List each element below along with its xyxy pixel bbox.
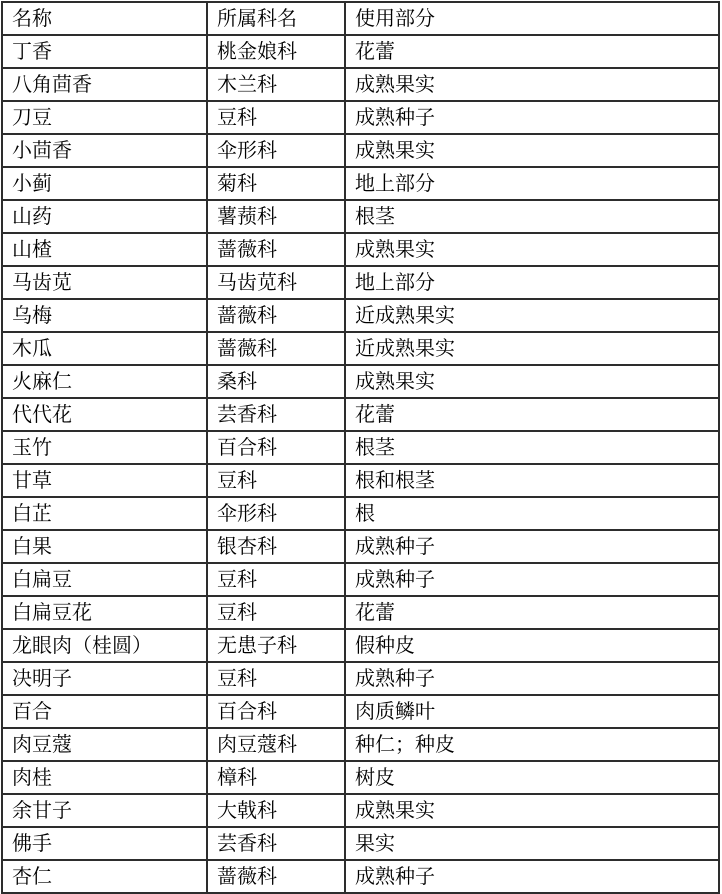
table-cell-family: 豆科 bbox=[207, 596, 345, 629]
table-cell-used-part: 根茎 bbox=[345, 200, 719, 233]
table-row: 佛手芸香科果实 bbox=[2, 827, 719, 860]
table-cell-family: 桃金娘科 bbox=[207, 35, 345, 68]
table-row: 甘草豆科根和根茎 bbox=[2, 464, 719, 497]
table-cell-name: 乌梅 bbox=[2, 299, 207, 332]
table-row: 肉桂樟科树皮 bbox=[2, 761, 719, 794]
table-cell-used-part: 果实 bbox=[345, 827, 719, 860]
table-row: 白果银杏科成熟种子 bbox=[2, 530, 719, 563]
table-cell-family: 菊科 bbox=[207, 167, 345, 200]
table-cell-used-part: 根和根茎 bbox=[345, 464, 719, 497]
table-row: 龙眼肉（桂圆）无患子科假种皮 bbox=[2, 629, 719, 662]
table-cell-used-part: 种仁；种皮 bbox=[345, 728, 719, 761]
table-cell-used-part: 成熟种子 bbox=[345, 662, 719, 695]
table-row: 小茴香伞形科成熟果实 bbox=[2, 134, 719, 167]
table-cell-family: 蔷薇科 bbox=[207, 233, 345, 266]
table-cell-used-part: 近成熟果实 bbox=[345, 332, 719, 365]
table-cell-family: 桑科 bbox=[207, 365, 345, 398]
table-header-row: 名称 所属科名 使用部分 bbox=[2, 2, 719, 35]
table-cell-family: 豆科 bbox=[207, 101, 345, 134]
table-cell-name: 龙眼肉（桂圆） bbox=[2, 629, 207, 662]
table-cell-family: 百合科 bbox=[207, 695, 345, 728]
table-cell-name: 刀豆 bbox=[2, 101, 207, 134]
table-cell-family: 马齿苋科 bbox=[207, 266, 345, 299]
table-row: 马齿苋马齿苋科地上部分 bbox=[2, 266, 719, 299]
table-cell-used-part: 成熟种子 bbox=[345, 530, 719, 563]
table-row: 小蓟菊科地上部分 bbox=[2, 167, 719, 200]
table-cell-family: 伞形科 bbox=[207, 134, 345, 167]
table-cell-used-part: 成熟种子 bbox=[345, 860, 719, 893]
table-cell-family: 豆科 bbox=[207, 662, 345, 695]
table-cell-name: 火麻仁 bbox=[2, 365, 207, 398]
table-cell-family: 蔷薇科 bbox=[207, 332, 345, 365]
table-cell-used-part: 成熟果实 bbox=[345, 233, 719, 266]
table-cell-name: 白果 bbox=[2, 530, 207, 563]
table-cell-used-part: 花蕾 bbox=[345, 596, 719, 629]
column-header-used-part: 使用部分 bbox=[345, 2, 719, 35]
table-row: 百合百合科肉质鳞叶 bbox=[2, 695, 719, 728]
table-cell-name: 决明子 bbox=[2, 662, 207, 695]
table-cell-family: 无患子科 bbox=[207, 629, 345, 662]
column-header-name: 名称 bbox=[2, 2, 207, 35]
table-cell-name: 玉竹 bbox=[2, 431, 207, 464]
table-cell-used-part: 肉质鳞叶 bbox=[345, 695, 719, 728]
table-cell-name: 小茴香 bbox=[2, 134, 207, 167]
table-cell-used-part: 根茎 bbox=[345, 431, 719, 464]
table-cell-used-part: 近成熟果实 bbox=[345, 299, 719, 332]
table-cell-name: 山药 bbox=[2, 200, 207, 233]
table-cell-family: 芸香科 bbox=[207, 398, 345, 431]
table-row: 山药薯蓣科根茎 bbox=[2, 200, 719, 233]
table-cell-name: 杏仁 bbox=[2, 860, 207, 893]
table-cell-used-part: 成熟种子 bbox=[345, 101, 719, 134]
table-row: 决明子豆科成熟种子 bbox=[2, 662, 719, 695]
table-cell-family: 伞形科 bbox=[207, 497, 345, 530]
table-cell-used-part: 成熟果实 bbox=[345, 365, 719, 398]
table-cell-used-part: 根 bbox=[345, 497, 719, 530]
table-cell-name: 代代花 bbox=[2, 398, 207, 431]
table-cell-family: 蔷薇科 bbox=[207, 860, 345, 893]
table-cell-name: 白扁豆 bbox=[2, 563, 207, 596]
table-row: 肉豆蔻肉豆蔻科种仁；种皮 bbox=[2, 728, 719, 761]
table-cell-name: 佛手 bbox=[2, 827, 207, 860]
table-cell-family: 芸香科 bbox=[207, 827, 345, 860]
table-row: 丁香桃金娘科花蕾 bbox=[2, 35, 719, 68]
table-cell-family: 豆科 bbox=[207, 464, 345, 497]
table-cell-name: 肉豆蔻 bbox=[2, 728, 207, 761]
table-cell-used-part: 成熟果实 bbox=[345, 134, 719, 167]
table-row: 木瓜蔷薇科近成熟果实 bbox=[2, 332, 719, 365]
table-row: 杏仁蔷薇科成熟种子 bbox=[2, 860, 719, 893]
table-cell-used-part: 成熟种子 bbox=[345, 563, 719, 596]
table-cell-used-part: 花蕾 bbox=[345, 398, 719, 431]
table-cell-name: 八角茴香 bbox=[2, 68, 207, 101]
table-cell-name: 白芷 bbox=[2, 497, 207, 530]
table-row: 白芷伞形科根 bbox=[2, 497, 719, 530]
table-row: 白扁豆豆科成熟种子 bbox=[2, 563, 719, 596]
table-cell-family: 大戟科 bbox=[207, 794, 345, 827]
table-row: 余甘子大戟科成熟果实 bbox=[2, 794, 719, 827]
table-cell-family: 蔷薇科 bbox=[207, 299, 345, 332]
table-row: 代代花芸香科花蕾 bbox=[2, 398, 719, 431]
table-cell-used-part: 假种皮 bbox=[345, 629, 719, 662]
table-cell-family: 肉豆蔻科 bbox=[207, 728, 345, 761]
table-cell-used-part: 树皮 bbox=[345, 761, 719, 794]
herb-family-table: 名称 所属科名 使用部分 丁香桃金娘科花蕾八角茴香木兰科成熟果实刀豆豆科成熟种子… bbox=[1, 1, 720, 894]
table-cell-name: 山楂 bbox=[2, 233, 207, 266]
table-cell-family: 薯蓣科 bbox=[207, 200, 345, 233]
table-cell-name: 余甘子 bbox=[2, 794, 207, 827]
table-cell-name: 甘草 bbox=[2, 464, 207, 497]
table-cell-name: 肉桂 bbox=[2, 761, 207, 794]
table-row: 八角茴香木兰科成熟果实 bbox=[2, 68, 719, 101]
table-cell-family: 豆科 bbox=[207, 563, 345, 596]
table-cell-name: 百合 bbox=[2, 695, 207, 728]
table-row: 白扁豆花豆科花蕾 bbox=[2, 596, 719, 629]
table-cell-used-part: 成熟果实 bbox=[345, 794, 719, 827]
table-cell-used-part: 地上部分 bbox=[345, 266, 719, 299]
table-row: 乌梅蔷薇科近成熟果实 bbox=[2, 299, 719, 332]
table-cell-name: 马齿苋 bbox=[2, 266, 207, 299]
table-row: 玉竹百合科根茎 bbox=[2, 431, 719, 464]
table-row: 刀豆豆科成熟种子 bbox=[2, 101, 719, 134]
table-cell-family: 银杏科 bbox=[207, 530, 345, 563]
table-cell-family: 百合科 bbox=[207, 431, 345, 464]
table-cell-name: 白扁豆花 bbox=[2, 596, 207, 629]
table-cell-name: 小蓟 bbox=[2, 167, 207, 200]
table-row: 火麻仁桑科成熟果实 bbox=[2, 365, 719, 398]
table-cell-family: 木兰科 bbox=[207, 68, 345, 101]
column-header-family: 所属科名 bbox=[207, 2, 345, 35]
table-row: 山楂蔷薇科成熟果实 bbox=[2, 233, 719, 266]
table-cell-used-part: 成熟果实 bbox=[345, 68, 719, 101]
table-body: 丁香桃金娘科花蕾八角茴香木兰科成熟果实刀豆豆科成熟种子小茴香伞形科成熟果实小蓟菊… bbox=[2, 35, 719, 893]
table-cell-name: 木瓜 bbox=[2, 332, 207, 365]
table-cell-used-part: 花蕾 bbox=[345, 35, 719, 68]
table-cell-used-part: 地上部分 bbox=[345, 167, 719, 200]
table-cell-family: 樟科 bbox=[207, 761, 345, 794]
table-cell-name: 丁香 bbox=[2, 35, 207, 68]
